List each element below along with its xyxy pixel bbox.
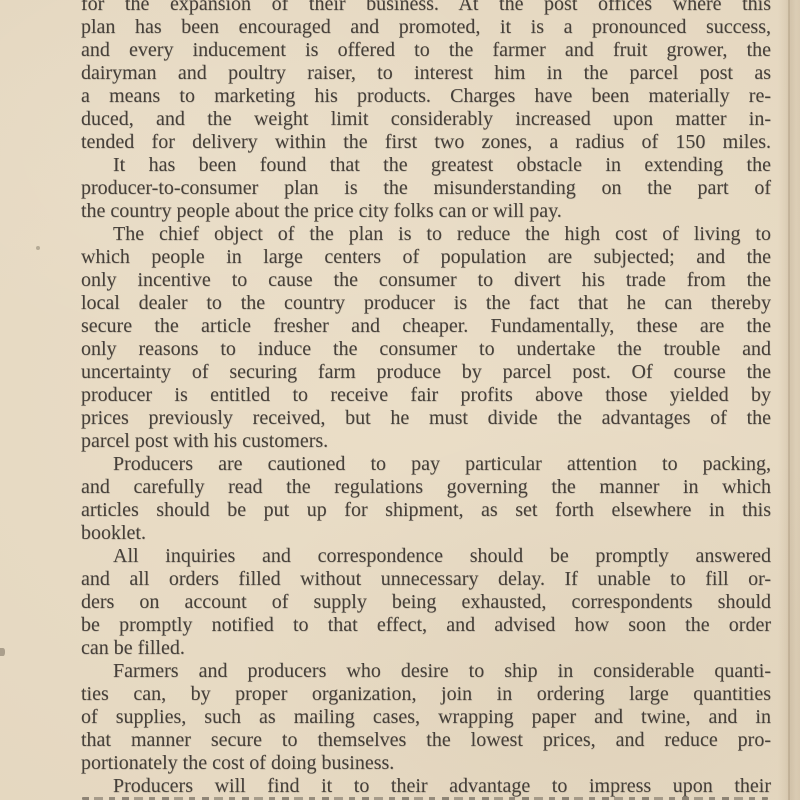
paper-speck (36, 246, 40, 250)
text-line: The chief object of the plan is to reduc… (81, 223, 771, 246)
text-line: Producers will find it to their advantag… (81, 775, 771, 798)
text-line: duced, and the weight limit considerably… (81, 108, 771, 131)
scanned-book-page: for the expansion of their business. At … (0, 0, 800, 800)
text-line: and carefully read the regulations gover… (81, 476, 771, 499)
text-line: parcel post with his customers. (81, 430, 771, 453)
text-line: booklet. (81, 522, 771, 545)
page-edge-line (788, 0, 790, 800)
text-line: portionately the cost of doing business. (81, 752, 771, 775)
text-line: the country people about the price city … (81, 200, 771, 223)
text-line: can be filled. (81, 637, 771, 660)
text-line: which people in large centers of populat… (81, 246, 771, 269)
text-line: tended for delivery within the first two… (81, 131, 771, 154)
text-line: ties can, by proper organization, join i… (81, 683, 771, 706)
text-line: and every inducement is offered to the f… (81, 39, 771, 62)
text-line: It has been found that the greatest obst… (81, 154, 771, 177)
text-line: secure the article fresher and cheaper. … (81, 315, 771, 338)
text-line: for the expansion of their business. At … (81, 0, 771, 16)
text-line: local dealer to the country producer is … (81, 292, 771, 315)
text-line: producer is entitled to receive fair pro… (81, 384, 771, 407)
text-line: a means to marketing his products. Charg… (81, 85, 771, 108)
text-line: and all orders filled without unnecessar… (81, 568, 771, 591)
text-line: articles should be put up for shipment, … (81, 499, 771, 522)
text-line: Farmers and producers who desire to ship… (81, 660, 771, 683)
text-line: dairyman and poultry raiser, to interest… (81, 62, 771, 85)
page-text-block: for the expansion of their business. At … (81, 0, 771, 798)
text-line: that manner secure to themselves the low… (81, 729, 771, 752)
text-line: ders on account of supply being exhauste… (81, 591, 771, 614)
text-line: uncertainty of securing farm produce by … (81, 361, 771, 384)
text-line: be promptly notified to that effect, and… (81, 614, 771, 637)
text-line: producer-to-consumer plan is the misunde… (81, 177, 771, 200)
text-line: of supplies, such as mailing cases, wrap… (81, 706, 771, 729)
text-line: only reasons to induce the consumer to u… (81, 338, 771, 361)
text-line: All inquiries and correspondence should … (81, 545, 771, 568)
text-line: plan has been encouraged and promoted, i… (81, 16, 771, 39)
text-line: only incentive to cause the consumer to … (81, 269, 771, 292)
text-line: Producers are cautioned to pay particula… (81, 453, 771, 476)
text-line: prices previously received, but he must … (81, 407, 771, 430)
paper-speck (0, 648, 5, 656)
